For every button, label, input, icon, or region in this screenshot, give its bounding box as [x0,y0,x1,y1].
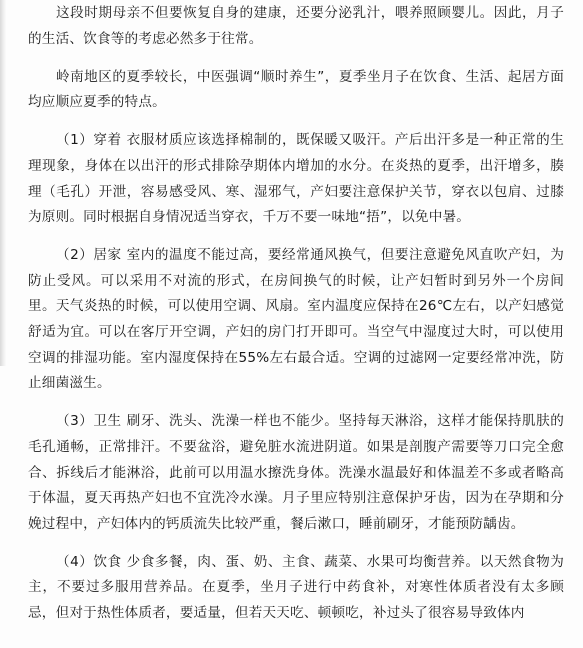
section-lead-clothing: （1）穿着 [56,132,122,148]
paragraph-clothing: （1）穿着衣服材质应该选择棉制的，既保暖又吸汗。产后出汗多是一种正常的生理现象，… [28,128,564,230]
paragraph-text: 这段时期母亲不但要恢复自身的建康，还要分泌乳汁，喂养照顾婴儿。因此，月子的生活、… [28,5,564,47]
paragraph-text: 室内的温度不能过高，要经常通风换气，但要注意避免风直吹产妇，为防止受风。可以采用… [28,247,564,391]
paragraph-diet: （4）饮食少食多餐，肉、蛋、奶、主食、蔬菜、水果可均衡营养。以天然食物为主，不要… [28,550,564,627]
paragraph-text: 岭南地区的夏季较长，中医强调“顺时养生”，夏季坐月子在饮食、生活、起居方面均应顺… [28,69,564,111]
paragraph-hygiene: （3）卫生刷牙、洗头、洗澡一样也不能少。坚持每天淋浴，这样才能保持肌肤的毛孔通畅… [28,409,564,537]
section-lead-home: （2）居家 [56,247,122,263]
paragraph-intro-recovery: 这段时期母亲不但要恢复自身的建康，还要分泌乳汁，喂养照顾婴儿。因此，月子的生活、… [28,1,564,52]
paragraph-home: （2）居家室内的温度不能过高，要经常通风换气，但要注意避免风直吹产妇，为防止受风… [28,243,564,397]
section-lead-hygiene: （3）卫生 [56,413,122,429]
article-body: 这段时期母亲不但要恢复自身的建康，还要分泌乳汁，喂养照顾婴儿。因此，月子的生活、… [28,1,564,639]
section-lead-diet: （4）饮食 [56,554,122,570]
paragraph-lingnan-summer: 岭南地区的夏季较长，中医强调“顺时养生”，夏季坐月子在饮食、生活、起居方面均应顺… [28,65,564,116]
left-edge-shadow [0,0,6,366]
paragraph-text: 刷牙、洗头、洗澡一样也不能少。坚持每天淋浴，这样才能保持肌肤的毛孔通畅，正常排汗… [28,413,564,531]
